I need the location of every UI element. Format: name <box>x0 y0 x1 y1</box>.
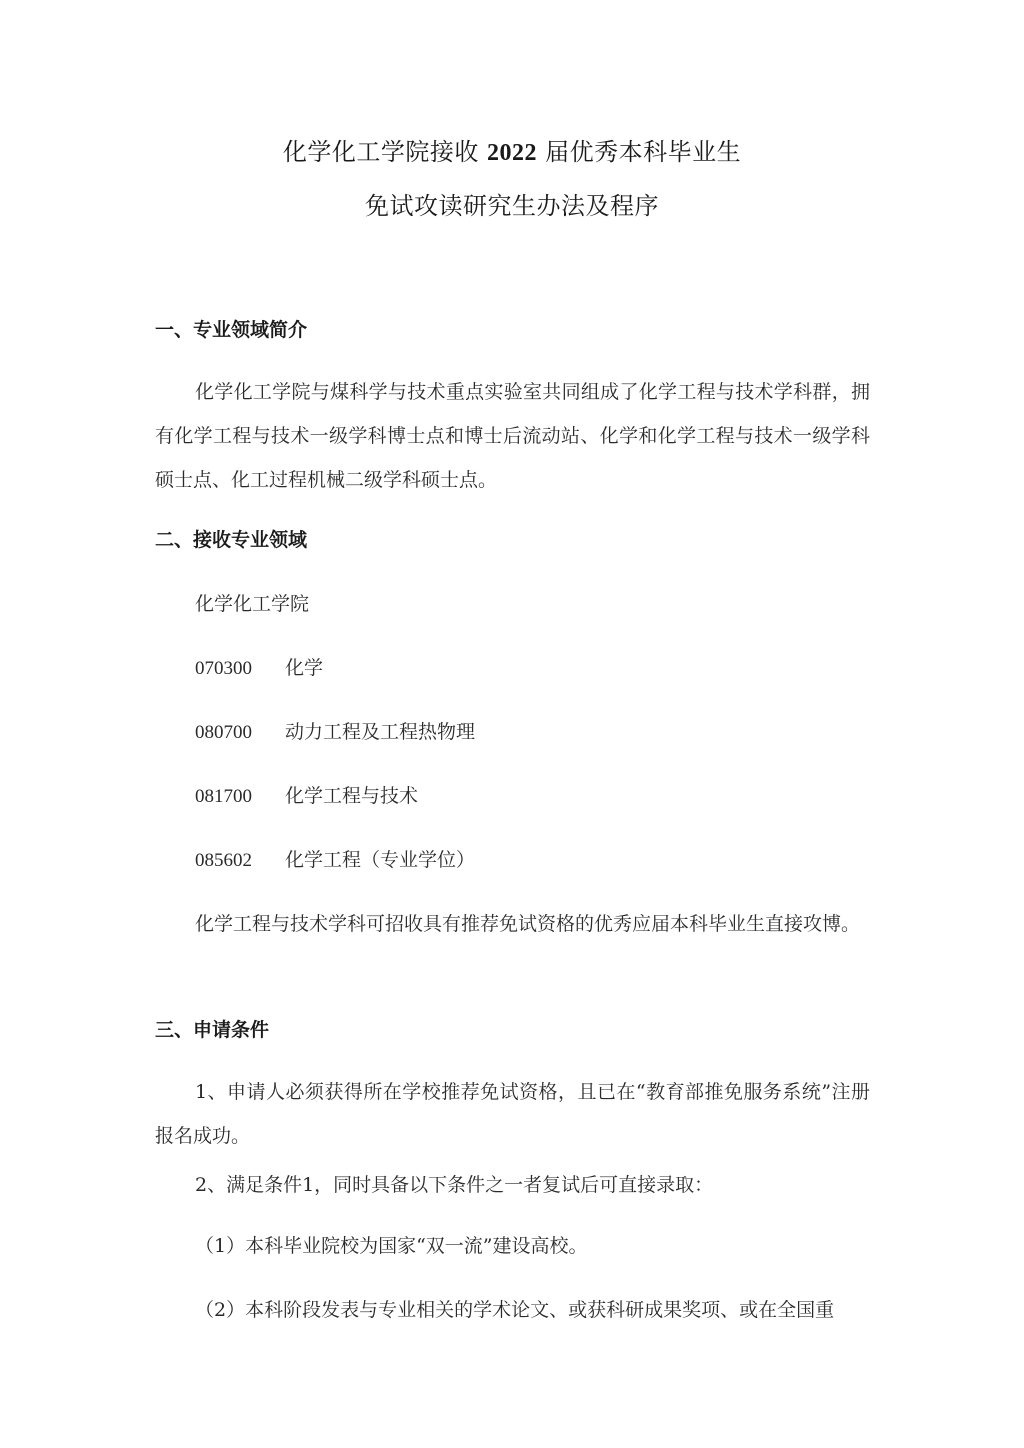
section-heading-majors: 二、接收专业领域 <box>155 527 307 553</box>
major-code: 081700 <box>195 784 279 810</box>
title-suffix: 届优秀本科毕业生 <box>545 138 741 166</box>
direct-phd-note: 化学工程与技术学科可招收具有推荐免试资格的优秀应届本科毕业生直接攻博。 <box>155 902 870 946</box>
document-page: 化学化工学院接收 2022 届优秀本科毕业生 免试攻读研究生办法及程序 一、专业… <box>0 0 1024 1448</box>
section-heading-requirements: 三、申请条件 <box>155 1017 269 1043</box>
requirement-sub-item-1: （1）本科毕业院校为国家“双一流”建设高校。 <box>195 1233 588 1259</box>
intro-paragraph: 化学化工学院与煤科学与技术重点实验室共同组成了化学工程与技术学科群，拥有化学工程… <box>155 370 870 502</box>
major-row: 085602 化学工程（专业学位） <box>195 847 475 874</box>
major-name: 化学 <box>285 657 323 679</box>
title-year: 2022 <box>487 140 537 166</box>
major-name: 化学工程（专业学位） <box>285 849 475 871</box>
major-name: 动力工程及工程热物理 <box>285 721 475 743</box>
college-name: 化学化工学院 <box>195 591 309 617</box>
requirement-item-1: 1、申请人必须获得所在学校推荐免试资格，且已在“教育部推免服务系统”注册报名成功… <box>155 1070 870 1158</box>
major-code: 080700 <box>195 720 279 746</box>
requirement-sub-item-2: （2）本科阶段发表与专业相关的学术论文、或获科研成果奖项、或在全国重 <box>195 1297 834 1323</box>
major-row: 070300 化学 <box>195 655 323 682</box>
title-prefix: 化学化工学院接收 <box>283 138 479 166</box>
major-row: 081700 化学工程与技术 <box>195 783 418 810</box>
major-name: 化学工程与技术 <box>285 785 418 807</box>
document-title-line-1: 化学化工学院接收 2022 届优秀本科毕业生 <box>0 137 1024 168</box>
major-code: 085602 <box>195 848 279 874</box>
document-title-line-2: 免试攻读研究生办法及程序 <box>0 191 1024 221</box>
major-code: 070300 <box>195 656 279 682</box>
section-heading-intro: 一、专业领域简介 <box>155 317 307 343</box>
requirement-item-2: 2、满足条件1，同时具备以下条件之一者复试后可直接录取： <box>195 1172 713 1198</box>
major-row: 080700 动力工程及工程热物理 <box>195 719 475 746</box>
